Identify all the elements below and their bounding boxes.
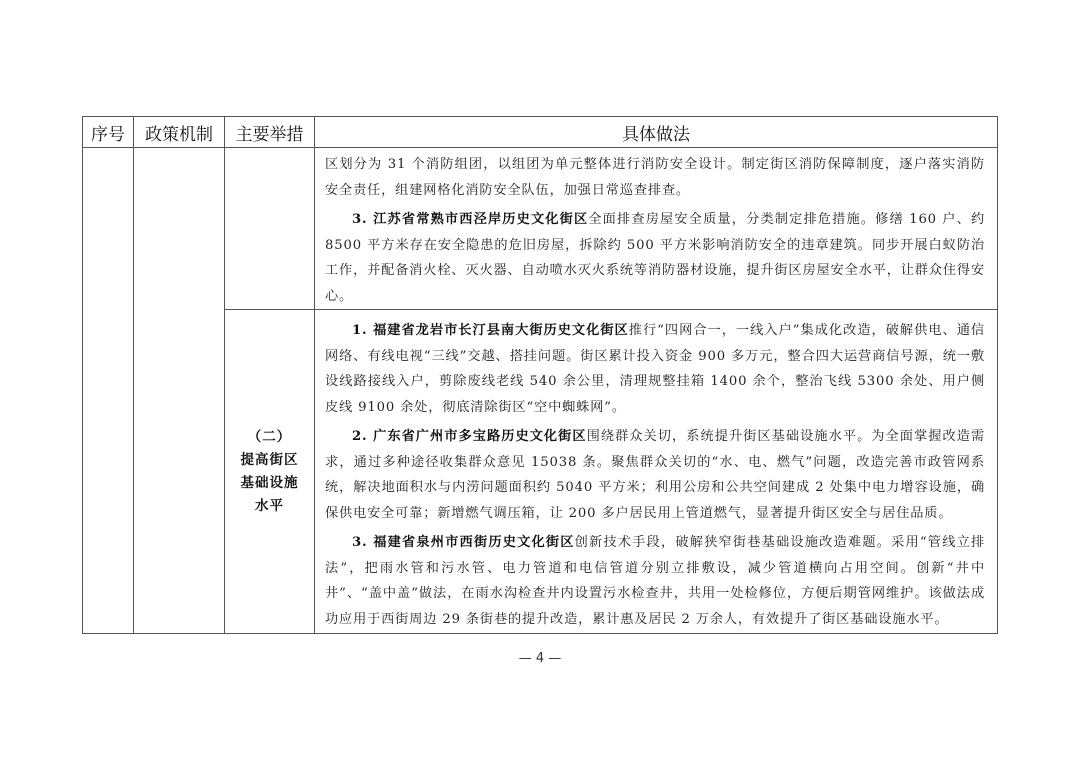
paragraph-lead: 2. 广东省广州市多宝路历史文化街区 (352, 429, 587, 444)
header-detail: 具体做法 (315, 117, 998, 148)
measure-label: （二） 提高街区 基础设施 水平 (235, 426, 305, 518)
paragraph-text: 区划分为 31 个消防组团，以组团为单元整体进行消防安全设计。制定街区消防保障制… (325, 157, 985, 198)
header-no: 序号 (83, 117, 134, 148)
cell-measure: （二） 提高街区 基础设施 水平 (225, 310, 315, 634)
paragraph-lead: 3. 福建省泉州市西街历史文化街区 (352, 535, 575, 550)
header-measure: 主要举措 (225, 117, 315, 148)
paragraph-lead: 3. 江苏省常熟市西泾岸历史文化街区 (352, 212, 588, 227)
cell-detail: 1. 福建省龙岩市长汀县南大街历史文化街区推行“四网合一，一线入户”集成化改造，… (315, 310, 998, 634)
measure-line: 提高街区 (241, 452, 299, 468)
measure-line: 水平 (255, 498, 284, 514)
header-mechanism: 政策机制 (134, 117, 225, 148)
table-header-row: 序号 政策机制 主要举措 具体做法 (83, 117, 998, 148)
detail-paragraph-continuation: 区划分为 31 个消防组团，以组团为单元整体进行消防安全设计。制定街区消防保障制… (325, 152, 985, 203)
table-row: 区划分为 31 个消防组团，以组团为单元整体进行消防安全设计。制定街区消防保障制… (83, 148, 998, 310)
policy-table: 序号 政策机制 主要举措 具体做法 区划分为 31 个消防组团，以组团为单元整体… (82, 116, 998, 634)
cell-mechanism (134, 148, 225, 634)
cell-measure (225, 148, 315, 310)
detail-paragraph: 3. 江苏省常熟市西泾岸历史文化街区全面排查房屋安全质量，分类制定排危措施。修缮… (325, 207, 985, 309)
measure-line: （二） (248, 429, 292, 445)
cell-detail: 区划分为 31 个消防组团，以组团为单元整体进行消防安全设计。制定街区消防保障制… (315, 148, 998, 310)
detail-paragraph: 2. 广东省广州市多宝路历史文化街区围绕群众关切，系统提升街区基础设施水平。为全… (325, 424, 985, 526)
detail-paragraph: 3. 福建省泉州市西街历史文化街区创新技术手段，破解狭窄街巷基础设施改造难题。采… (325, 530, 985, 632)
paragraph-lead: 1. 福建省龙岩市长汀县南大街历史文化街区 (352, 323, 629, 338)
cell-no (83, 148, 134, 634)
measure-line: 基础设施 (241, 475, 299, 491)
page-number: — 4 — (0, 651, 1080, 666)
detail-paragraph: 1. 福建省龙岩市长汀县南大街历史文化街区推行“四网合一，一线入户”集成化改造，… (325, 318, 985, 420)
